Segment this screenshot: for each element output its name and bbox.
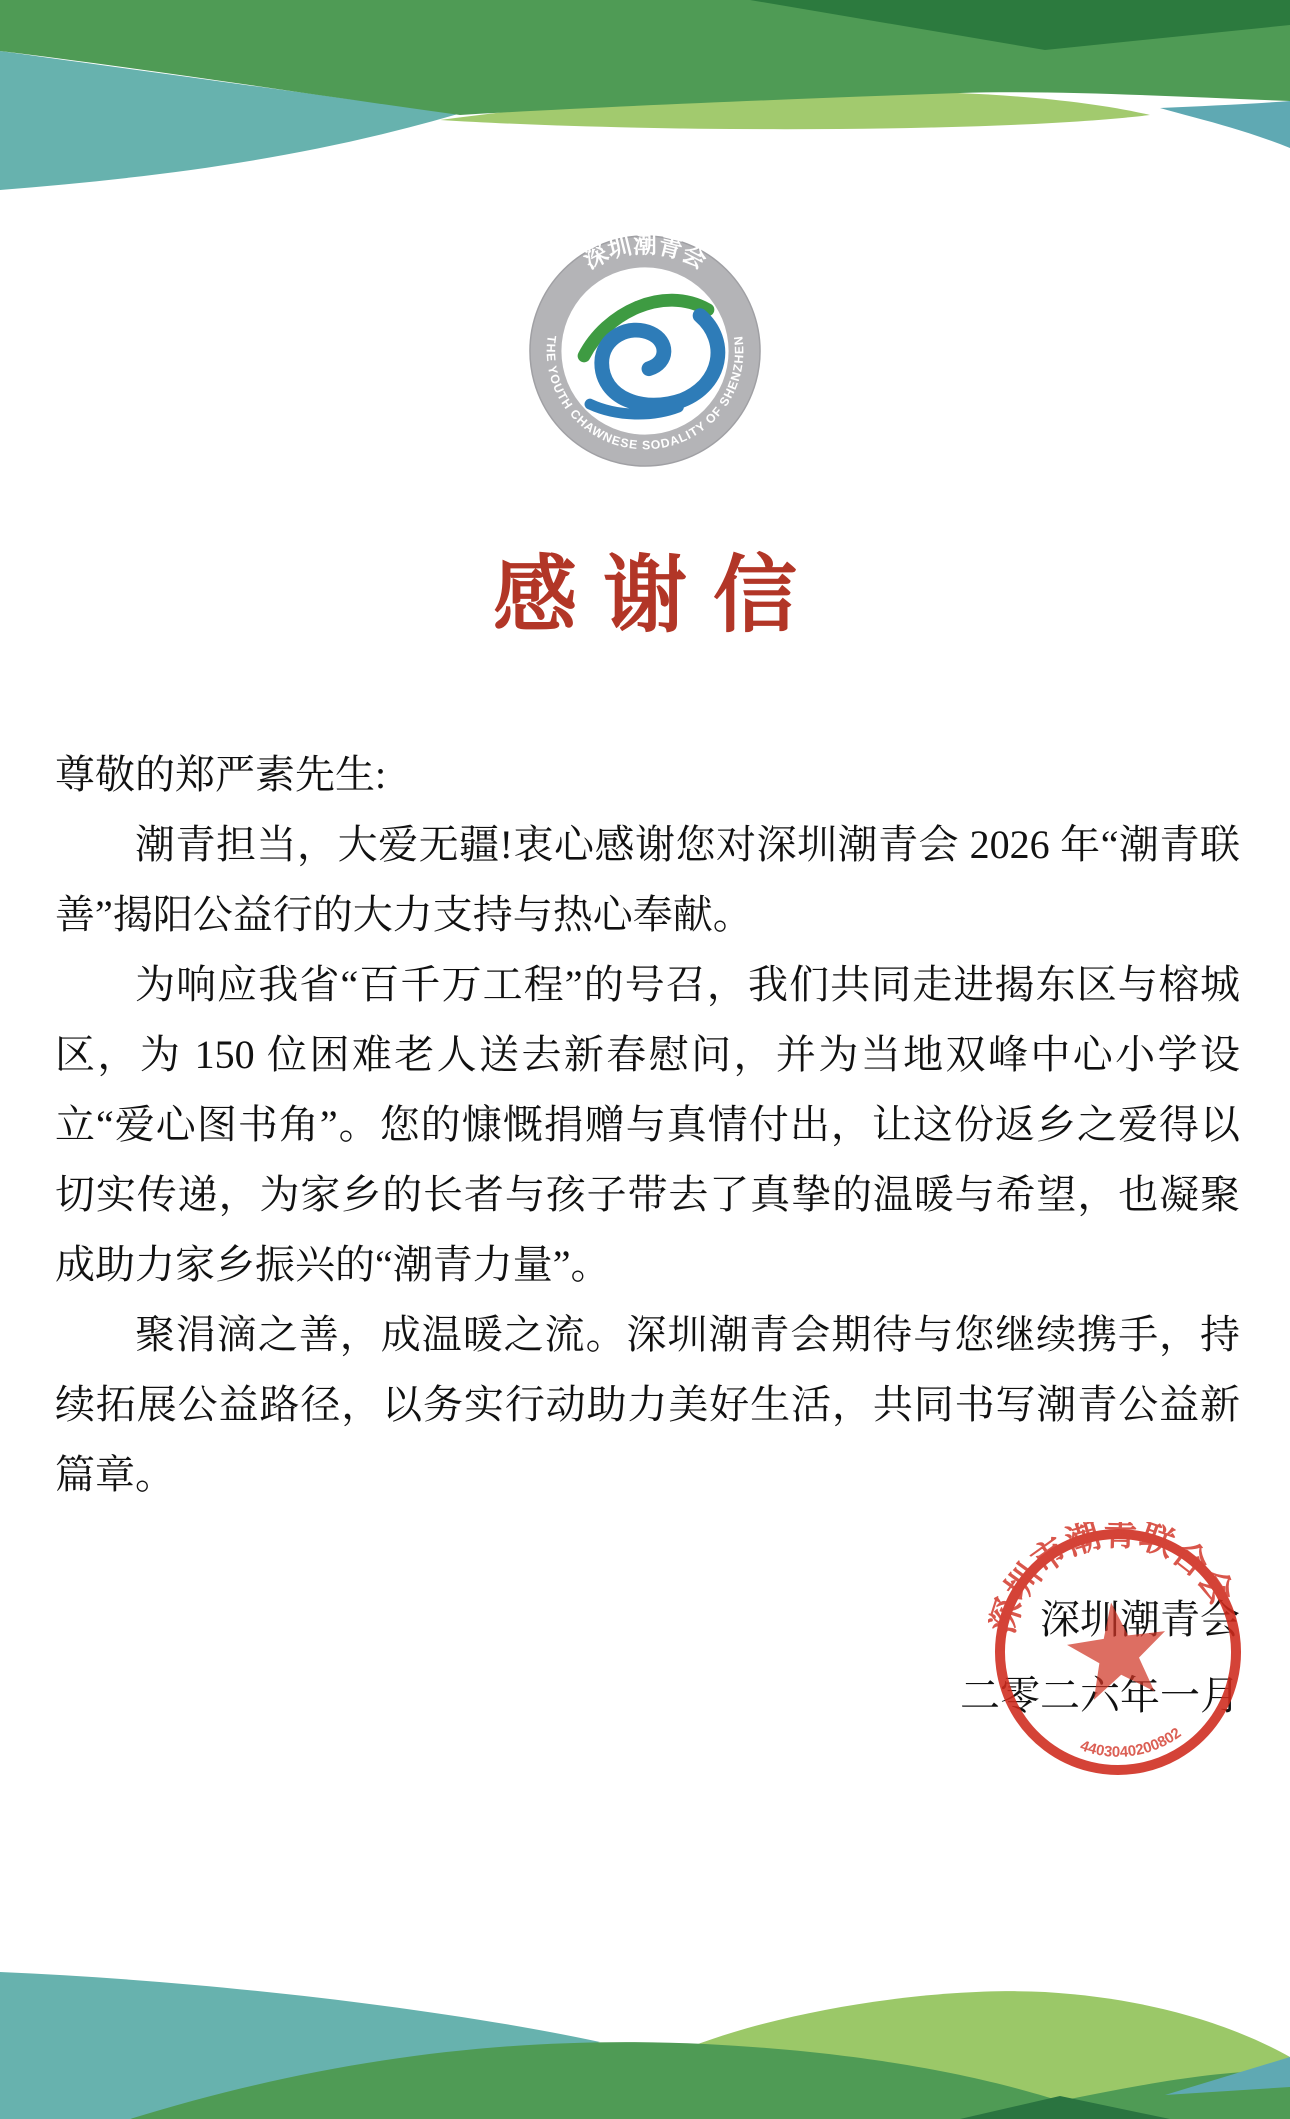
official-seal: 深圳市潮青联合会 4403040200802 xyxy=(988,1522,1248,1782)
paragraph-3: 聚涓滴之善，成温暖之流。深圳潮青会期待与您继续携手，持续拓展公益路径，以务实行动… xyxy=(55,1300,1240,1510)
letter-title: 感谢信 xyxy=(0,528,1290,649)
salutation: 尊敬的郑严素先生: xyxy=(55,740,1240,810)
letter-body: 尊敬的郑严素先生: 潮青担当，大爱无疆!衷心感谢您对深圳潮青会 2026 年“潮… xyxy=(55,740,1240,1510)
thank-you-letter-page: 深圳潮青会 THE YOUTH CHAWNESE SODALITY OF SHE… xyxy=(0,0,1290,2119)
association-logo: 深圳潮青会 THE YOUTH CHAWNESE SODALITY OF SHE… xyxy=(527,233,763,469)
footer-decoration xyxy=(0,1889,1290,2119)
header-decoration xyxy=(0,0,1290,240)
paragraph-2: 为响应我省“百千万工程”的号召，我们共同走进揭东区与榕城区，为 150 位困难老… xyxy=(55,950,1240,1300)
seal-star-icon xyxy=(1062,1596,1173,1703)
paragraph-1: 潮青担当，大爱无疆!衷心感谢您对深圳潮青会 2026 年“潮青联善”揭阳公益行的… xyxy=(55,810,1240,950)
